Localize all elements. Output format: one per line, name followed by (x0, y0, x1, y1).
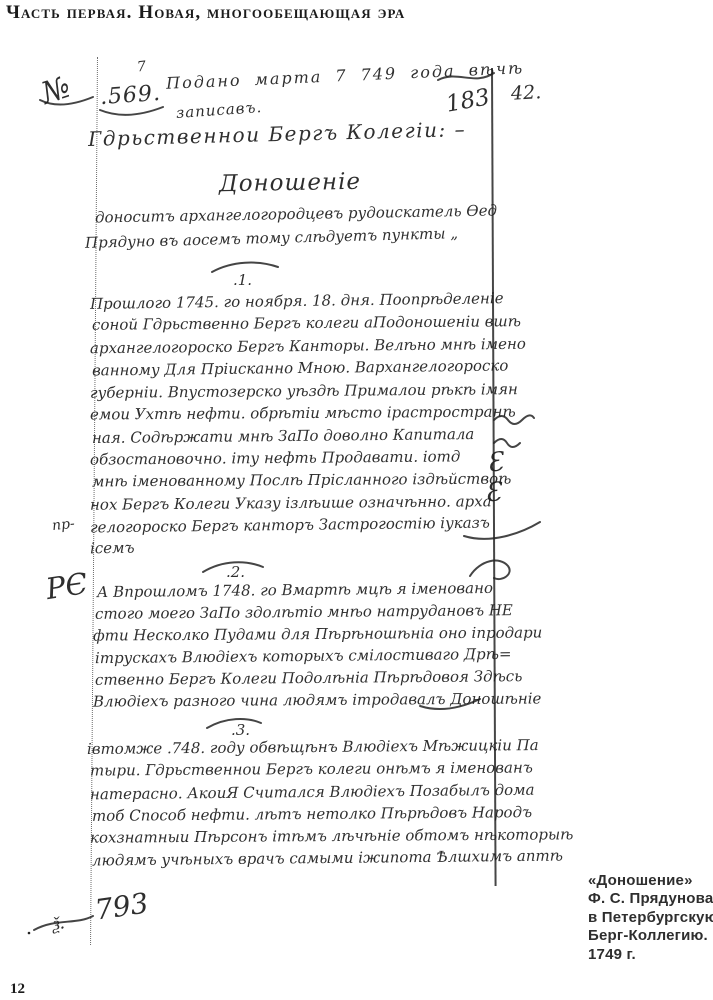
manuscript-line: Ɛ (484, 479, 502, 506)
caption-line: «Доношение» (588, 872, 713, 890)
manuscript-line: Прядуно въ аосемъ тому слѣдуетъ пункты „ (85, 226, 458, 251)
manuscript-line: РЄ (44, 569, 90, 604)
manuscript-line: архангелогороско Бергъ Канторы. Велѣно м… (90, 337, 526, 357)
manuscript-line: 7 (136, 60, 146, 75)
caption-line: 1749 г. (588, 946, 713, 964)
manuscript-line: натерасно. АкоиЯ Считался Влюдіехъ Позаб… (90, 783, 535, 803)
flourish-path (494, 439, 520, 447)
manuscript-line: Гдрьственнои Бергъ Колегіи: – (88, 119, 466, 149)
manuscript-line: А Впрошломъ 1748. го Вмартѣ мцѣ я іменов… (97, 581, 493, 600)
manuscript-line: губерніи. Впустозерско уѣздѣ Прималои рѣ… (90, 382, 518, 401)
manuscript-image: №.569.7Подано марта 7 749 года вѣчѣзапис… (0, 0, 713, 1000)
manuscript-line: кохзнатныи Пѣрсонъ ітѣмъ лѣчѣніе обтомъ … (90, 827, 573, 845)
manuscript-line: тыри. Гдрьственнои Бергъ колеги онѣмъ я … (90, 760, 533, 778)
manuscript-line: .3. (231, 723, 250, 738)
manuscript-line: Прошлого 1745. го ноября. 18. дня. Поопр… (90, 291, 504, 312)
manuscript-line: стого моего ЗаПо здолѣтіо мнѣо натрудано… (95, 603, 513, 622)
manuscript-line: фти Несколко Пудами для Пѣрѣношѣніа оно … (93, 625, 542, 643)
manuscript-line: ісемъ (90, 541, 135, 557)
manuscript-line: 42. (511, 83, 542, 104)
flourish-path (470, 561, 510, 580)
manuscript-line: ная. Содѣржати мнѣ ЗаПо доволно Капитала (92, 427, 474, 446)
photo-caption: «Доношение» Ф. С. Прядунова в Петербургс… (588, 872, 713, 964)
manuscript-line: ѯ. (51, 914, 66, 934)
manuscript-line: .2. (226, 565, 245, 580)
manuscript-line: ственно Бергъ Колеги Подолѣніа Пѣрѣдовоя… (95, 669, 522, 688)
caption-line: Берг-Коллегию. (588, 927, 713, 945)
manuscript-line: пр- (51, 517, 75, 533)
manuscript-line: доноситъ архангелогородцевъ рудоискатель… (95, 203, 497, 225)
manuscript-line: Ɛ (485, 449, 505, 477)
manuscript-line: людямъ учѣныхъ врачъ самыми іжипота Ѣлшх… (92, 849, 563, 869)
manuscript-line: обзостановочно. іту нефть Продавати. іот… (90, 449, 461, 467)
manuscript-line: соной Гдрьственно Бергъ колеги аПодоноше… (92, 314, 521, 333)
manuscript-line: .1. (233, 273, 252, 288)
page-number: 12 (10, 981, 25, 998)
manuscript-line: № (38, 72, 74, 109)
manuscript-line: ванному Для Пріисканно Мною. Вархангелог… (92, 358, 509, 378)
manuscript-line: ітрускахъ Влюдіехъ которыхъ смілостиваго… (95, 647, 512, 666)
manuscript-line: мнѣ іменованному Послѣ Прісланного іздѣй… (92, 472, 511, 490)
manuscript-line: нох Бергъ Колеги Указу ізлѣише означѣнно… (90, 494, 492, 513)
book-page: Часть первая. Новая, многообещающая эра … (0, 0, 713, 1000)
manuscript-line: гелогороско Бергъ канторъ Застрогостію і… (90, 516, 490, 536)
manuscript-line: .569. (99, 83, 161, 109)
manuscript-line: івтомже .748. году обвѣщѣнъ Влюдіехъ Мѣж… (87, 738, 539, 757)
manuscript-line: емои Ухтѣ нефти. обрѣтіи мѣсто ірастрост… (90, 405, 516, 423)
caption-line: в Петербургскую (588, 909, 713, 927)
manuscript-line: 793 (93, 889, 150, 924)
caption-line: Ф. С. Прядунова (588, 890, 713, 908)
manuscript-line: 183 (444, 86, 491, 116)
ink-dot (28, 932, 31, 935)
manuscript-line: Влюдіехъ разного чина людямъ ітродавалъ … (93, 691, 542, 709)
manuscript-line: Доношеніе (219, 171, 361, 196)
manuscript-line: записавъ. (176, 100, 263, 121)
manuscript-line: тоб Способ нефти. лѣтъ нетолко Пѣрѣдовъ … (92, 805, 532, 824)
